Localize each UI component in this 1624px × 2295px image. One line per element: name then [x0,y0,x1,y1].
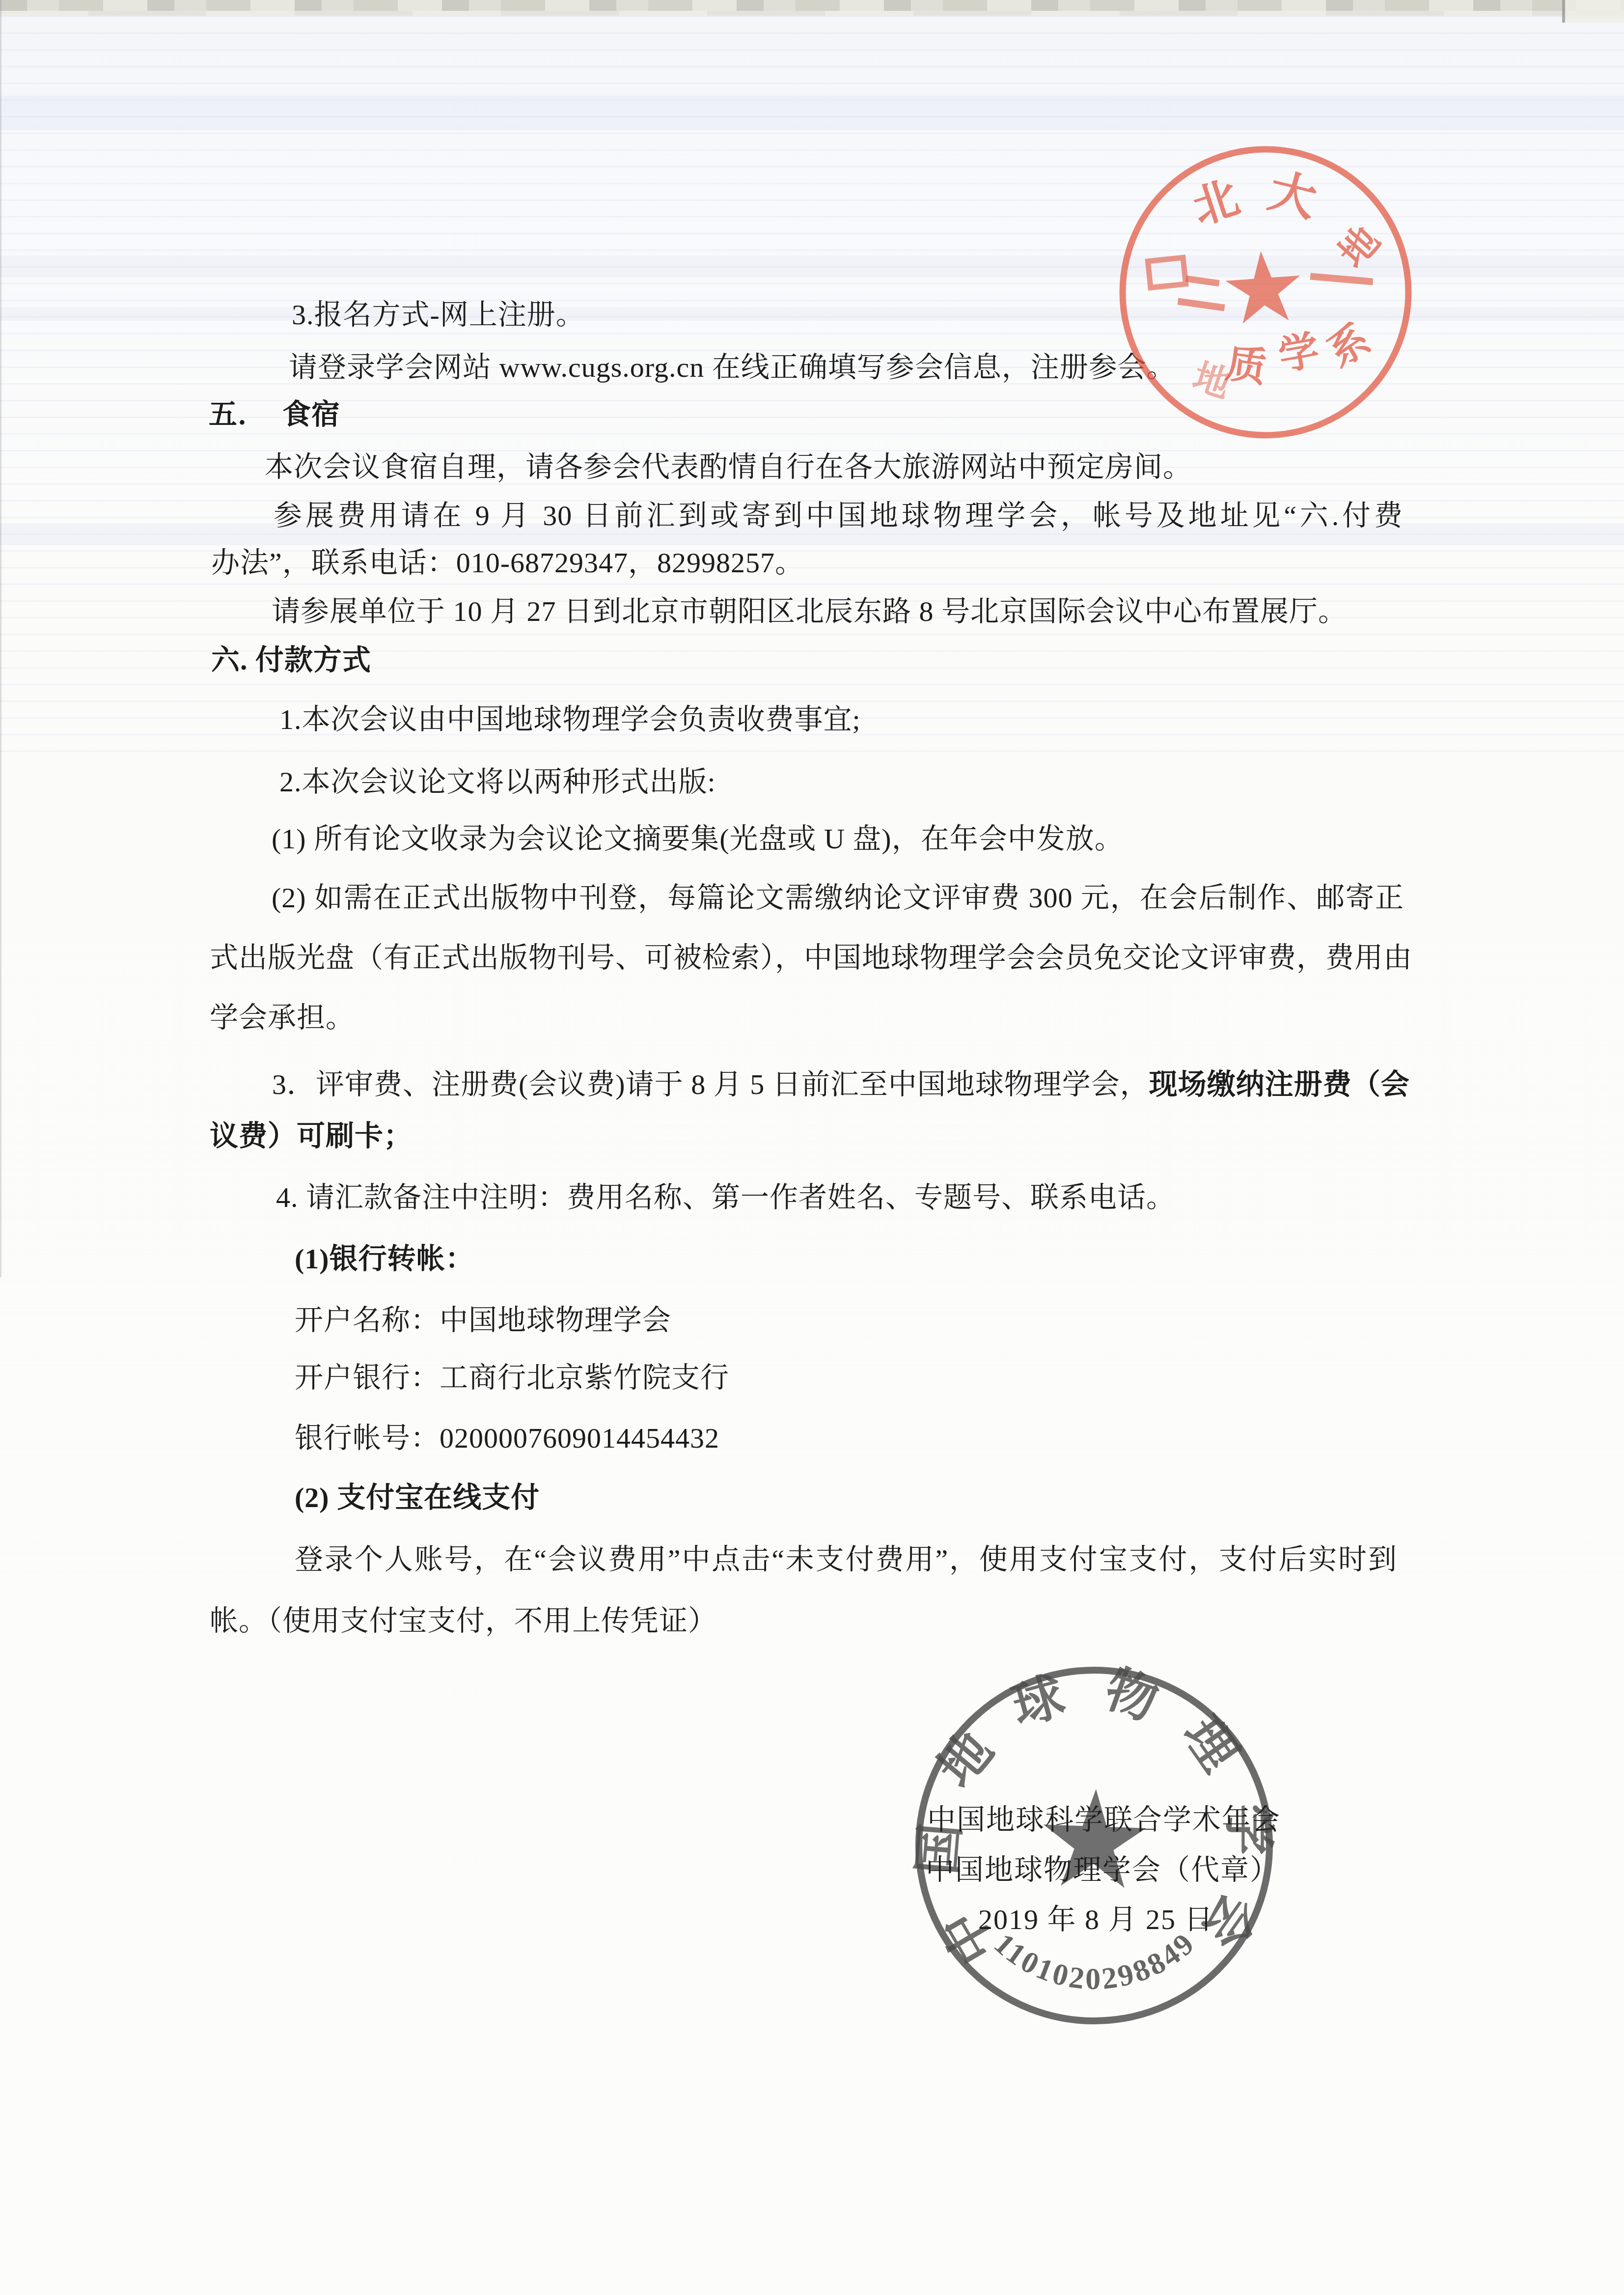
red-stamp-box-glyph [1148,257,1185,287]
red-stamp-character: 地 [1331,219,1388,276]
scanned-document-page: 3.报名方式-网上注册。请登录学会网站 www.cugs.org.cn 在线正确… [0,0,1624,2295]
red-stamp-character: 大 [1263,164,1321,226]
red-stamp-character: 学 [1275,328,1323,379]
signature-line: 中国地球物理学会（代章） [926,1856,1279,1884]
signature-line: 中国地球科学联合学术年会 [927,1806,1281,1834]
signature-line: 2019 年 8 月 25 日 [978,1905,1214,1934]
red-stamp-dash [1310,273,1374,285]
red-stamp-character: 北 [1186,172,1245,233]
red-stamp-star-icon [1224,249,1303,325]
red-stamp-dash [1177,298,1225,311]
red-stamp-character: 系 [1321,316,1378,375]
red-stamp-dash [1185,276,1219,286]
red-university-stamp: 北大地质学系地 [0,0,1624,2295]
